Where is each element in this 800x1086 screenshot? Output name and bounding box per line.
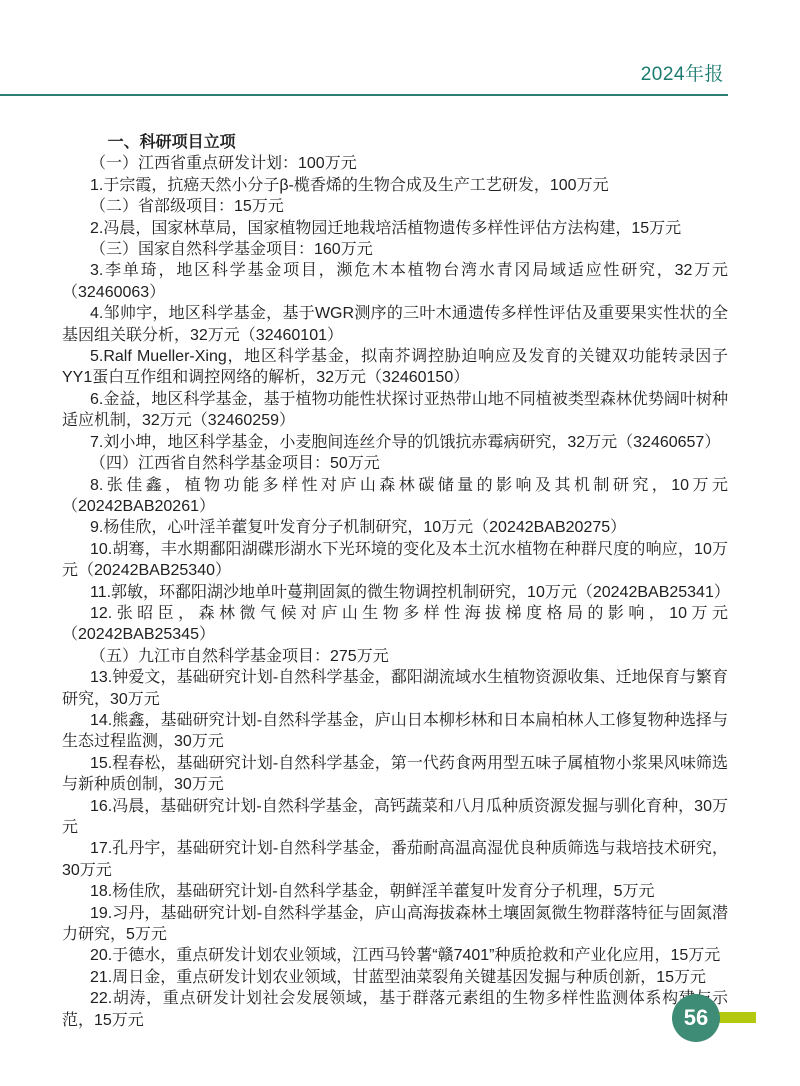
paragraph: 10.胡骞，丰水期鄱阳湖碟形湖水下光环境的变化及本土沉水植物在种群尺度的响应，1… — [62, 539, 728, 582]
paragraph: 20.于德水，重点研发计划农业领域，江西马铃薯“赣7401”种质抢救和产业化应用… — [62, 945, 728, 966]
paragraph: 9.杨佳欣，心叶淫羊藿复叶发育分子机制研究，10万元（20242BAB20275… — [62, 517, 728, 538]
page-badge-bar — [716, 1012, 756, 1023]
page-number: 56 — [684, 1005, 708, 1031]
paragraph: 12.张昭臣，森林微气候对庐山生物多样性海拔梯度格局的影响，10万元（20242… — [62, 603, 728, 646]
page-number-badge: 56 — [672, 994, 720, 1042]
paragraph: 18.杨佳欣，基础研究计划-自然科学基金，朝鲜淫羊藿复叶发育分子机理，5万元 — [62, 881, 728, 902]
paragraph: 11.郭敏，环鄱阳湖沙地单叶蔓荆固氮的微生物调控机制研究，10万元（20242B… — [62, 582, 728, 603]
paragraph: （三）国家自然科学基金项目：160万元 — [62, 239, 728, 260]
document-body: 一、科研项目立项 （一）江西省重点研发计划：100万元 1.于宗霞，抗癌天然小分… — [62, 132, 728, 1031]
paragraph: 19.习丹，基础研究计划-自然科学基金，庐山高海拔森林土壤固氮微生物群落特征与固… — [62, 903, 728, 946]
paragraph: 1.于宗霞，抗癌天然小分子β-榄香烯的生物合成及生产工艺研发，100万元 — [62, 175, 728, 196]
paragraph: 15.程春松，基础研究计划-自然科学基金，第一代药食两用型五味子属植物小浆果风味… — [62, 753, 728, 796]
paragraph: （二）省部级项目：15万元 — [62, 196, 728, 217]
paragraph: 14.熊鑫，基础研究计划-自然科学基金，庐山日本柳杉林和日本扁柏林人工修复物种选… — [62, 710, 728, 753]
paragraph: 13.钟爱文，基础研究计划-自然科学基金，鄱阳湖流域水生植物资源收集、迁地保育与… — [62, 667, 728, 710]
paragraph: 4.邹帅宇，地区科学基金，基于WGR测序的三叶木通遗传多样性评估及重要果实性状的… — [62, 303, 728, 346]
section-heading: 一、科研项目立项 — [62, 132, 728, 153]
paragraph: 17.孔丹宇，基础研究计划-自然科学基金，番茄耐高温高湿优良种质筛选与栽培技术研… — [62, 838, 728, 881]
paragraph: 7.刘小坤，地区科学基金，小麦胞间连丝介导的饥饿抗赤霉病研究，32万元（3246… — [62, 432, 728, 453]
paragraph: （四）江西省自然科学基金项目：50万元 — [62, 453, 728, 474]
paragraph: 22.胡涛，重点研发计划社会发展领域，基于群落元素组的生物多样性监测体系构建与示… — [62, 988, 728, 1031]
paragraph: 2.冯晨，国家林草局，国家植物园迁地栽培活植物遗传多样性评估方法构建，15万元 — [62, 218, 728, 239]
paragraph: 21.周日金，重点研发计划农业领域，甘蓝型油菜裂角关键基因发掘与种质创新，15万… — [62, 967, 728, 988]
paragraph: 16.冯晨，基础研究计划-自然科学基金，高钙蔬菜和八月瓜种质资源发掘与驯化育种，… — [62, 796, 728, 839]
paragraph: 3.李单琦，地区科学基金项目，濒危木本植物台湾水青冈局域适应性研究，32万元（3… — [62, 260, 728, 303]
paragraph: （一）江西省重点研发计划：100万元 — [62, 153, 728, 174]
report-year-label: 2024年报 — [641, 59, 724, 86]
report-page: 2024年报 一、科研项目立项 （一）江西省重点研发计划：100万元 1.于宗霞… — [0, 0, 800, 1086]
paragraph: （五）九江市自然科学基金项目：275万元 — [62, 646, 728, 667]
header-rule — [0, 94, 728, 96]
paragraph: 5.Ralf Mueller-Xing，地区科学基金，拟南芥调控胁迫响应及发育的… — [62, 346, 728, 389]
paragraph: 8.张佳鑫，植物功能多样性对庐山森林碳储量的影响及其机制研究，10万元（2024… — [62, 475, 728, 518]
paragraph: 6.金益，地区科学基金，基于植物功能性状探讨亚热带山地不同植被类型森林优势阔叶树… — [62, 389, 728, 432]
